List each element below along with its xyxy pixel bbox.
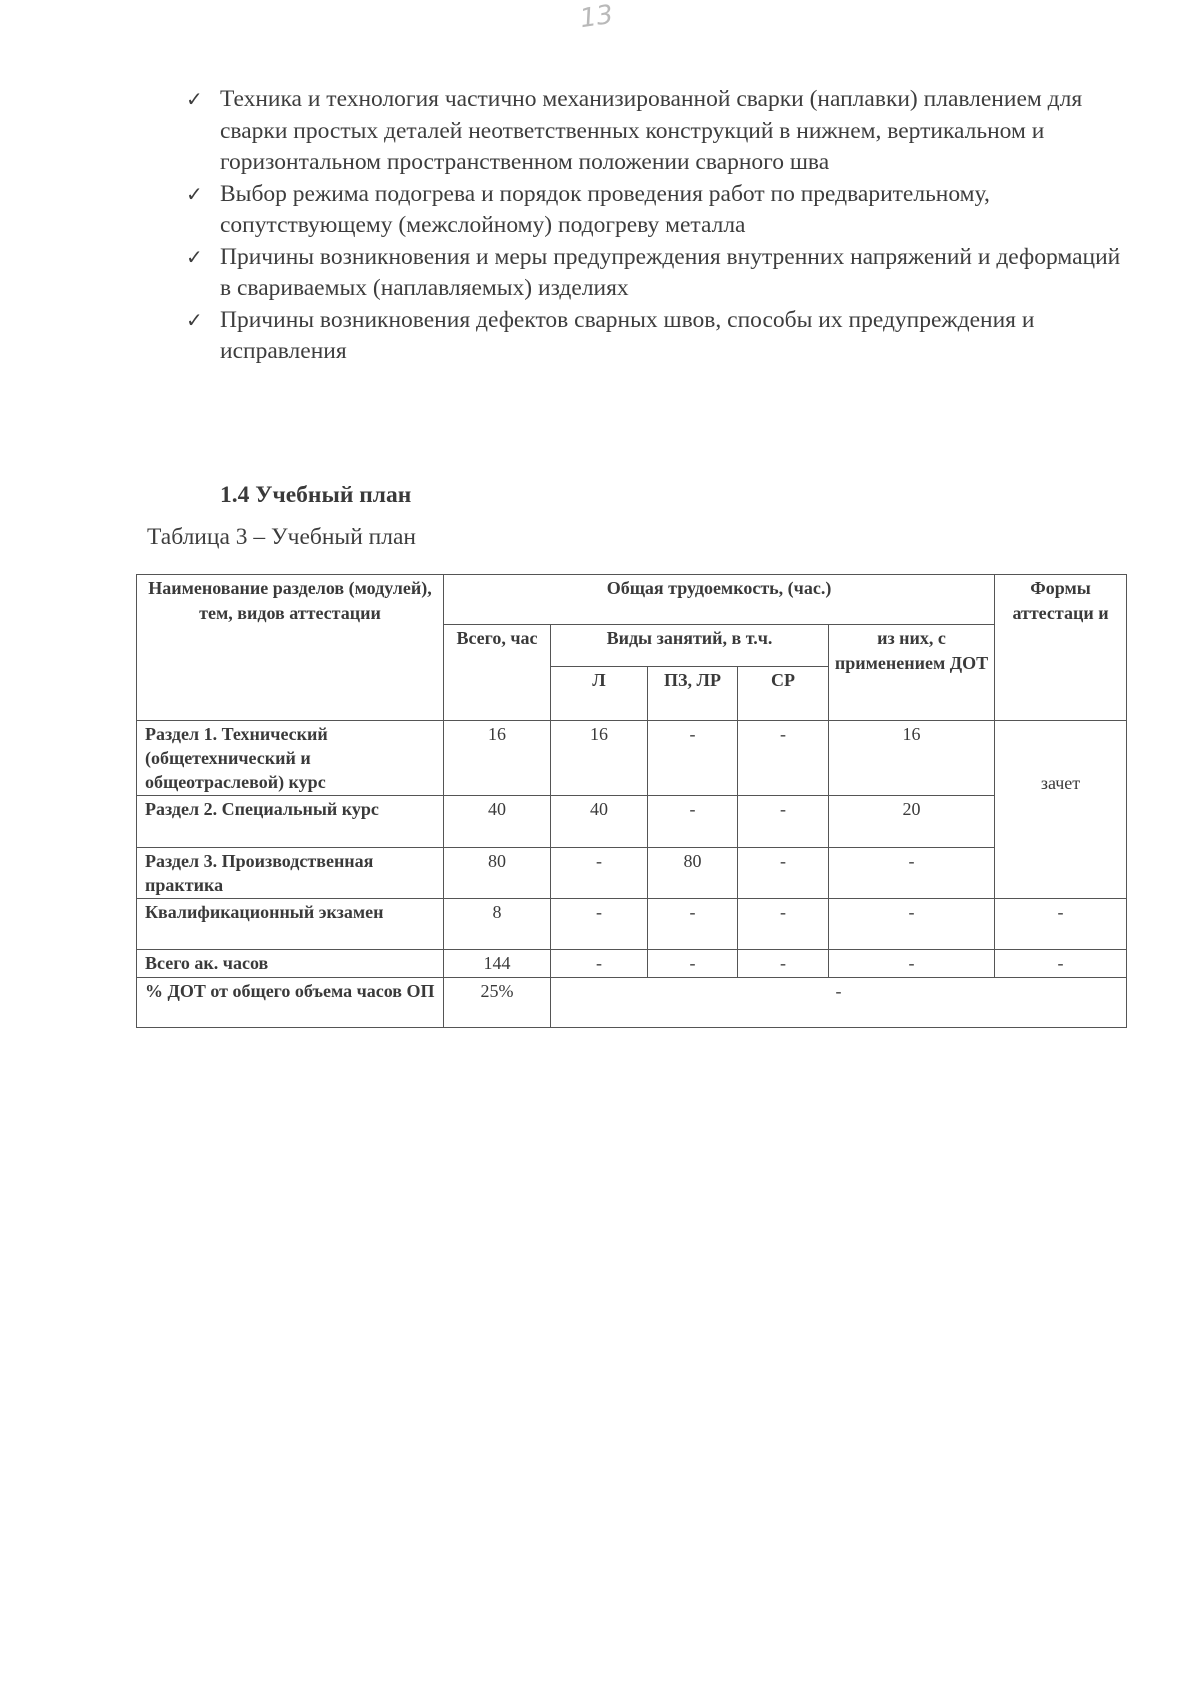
list-item-text: Выбор режима подогрева и порядок проведе… xyxy=(220,181,990,239)
cell-practice: - xyxy=(648,796,738,848)
cell-lectures: - xyxy=(551,950,648,978)
cell-total: 25% xyxy=(444,978,551,1028)
header-total-workload: Общая трудоемкость, (час.) xyxy=(444,575,995,625)
cell-self-work: - xyxy=(738,848,829,899)
header-lesson-types: Виды занятий, в т.ч. xyxy=(551,625,829,667)
table-row: Всего ак. часов 144 - - - - - xyxy=(137,950,1127,978)
list-item: ✓Причины возникновения дефектов сварных … xyxy=(186,305,1126,368)
cell-dot: - xyxy=(829,950,995,978)
cell-self-work: - xyxy=(738,899,829,950)
cell-attestation-merged: зачет xyxy=(995,721,1127,899)
cell-total: 16 xyxy=(444,721,551,796)
cell-attestation: - xyxy=(995,899,1127,950)
topic-list: ✓Техника и технология частично механизир… xyxy=(186,84,1126,368)
header-practice: ПЗ, ЛР xyxy=(648,667,738,721)
handwritten-page-number: 13 xyxy=(578,0,615,34)
cell-dot: 20 xyxy=(829,796,995,848)
cell-dot: 16 xyxy=(829,721,995,796)
table-row: Раздел 2. Специальный курс 40 40 - - 20 xyxy=(137,796,1127,848)
table-row: Раздел 3. Производственная практика 80 -… xyxy=(137,848,1127,899)
cell-lectures: - xyxy=(551,899,648,950)
cell-dot: - xyxy=(829,848,995,899)
list-item: ✓Выбор режима подогрева и порядок провед… xyxy=(186,179,1126,242)
cell-practice: - xyxy=(648,721,738,796)
table-row: % ДОТ от общего объема часов ОП 25% - xyxy=(137,978,1127,1028)
list-item: ✓Техника и технология частично механизир… xyxy=(186,84,1126,179)
row-name: Раздел 2. Специальный курс xyxy=(137,796,444,848)
row-name: Всего ак. часов xyxy=(137,950,444,978)
section-heading: 1.4 Учебный план xyxy=(220,482,411,509)
row-name: Раздел 1. Технический (общетехнический и… xyxy=(137,721,444,796)
cell-attestation: - xyxy=(995,950,1127,978)
list-item-text: Техника и технология частично механизиро… xyxy=(220,86,1082,175)
cell-practice: 80 xyxy=(648,848,738,899)
row-name: % ДОТ от общего объема часов ОП xyxy=(137,978,444,1028)
header-dot: из них, с применением ДОТ xyxy=(829,625,995,721)
cell-self-work: - xyxy=(738,721,829,796)
table-header-row: Наименование разделов (модулей), тем, ви… xyxy=(137,575,1127,625)
cell-total: 8 xyxy=(444,899,551,950)
cell-practice: - xyxy=(648,950,738,978)
checkmark-icon: ✓ xyxy=(186,84,203,116)
row-name: Раздел 3. Производственная практика xyxy=(137,848,444,899)
header-total-hours: Всего, час xyxy=(444,625,551,721)
cell-merged: - xyxy=(551,978,1127,1028)
list-item: ✓Причины возникновения и меры предупрежд… xyxy=(186,242,1126,305)
table-row: Раздел 1. Технический (общетехнический и… xyxy=(137,721,1127,796)
cell-dot: - xyxy=(829,899,995,950)
header-attestation: Формы аттестаци и xyxy=(995,575,1127,721)
table-caption: Таблица 3 – Учебный план xyxy=(147,524,416,551)
cell-self-work: - xyxy=(738,950,829,978)
checkmark-icon: ✓ xyxy=(186,305,203,337)
header-lectures: Л xyxy=(551,667,648,721)
header-name: Наименование разделов (модулей), тем, ви… xyxy=(137,575,444,721)
header-self-work: СР xyxy=(738,667,829,721)
cell-self-work: - xyxy=(738,796,829,848)
checkmark-icon: ✓ xyxy=(186,179,203,211)
cell-total: 40 xyxy=(444,796,551,848)
row-name: Квалификационный экзамен xyxy=(137,899,444,950)
checkmark-icon: ✓ xyxy=(186,242,203,274)
list-item-text: Причины возникновения и меры предупрежде… xyxy=(220,244,1120,302)
cell-total: 144 xyxy=(444,950,551,978)
curriculum-table: Наименование разделов (модулей), тем, ви… xyxy=(136,574,1127,1028)
cell-lectures: 40 xyxy=(551,796,648,848)
cell-lectures: - xyxy=(551,848,648,899)
table-row: Квалификационный экзамен 8 - - - - - xyxy=(137,899,1127,950)
cell-lectures: 16 xyxy=(551,721,648,796)
list-item-text: Причины возникновения дефектов сварных ш… xyxy=(220,307,1034,365)
cell-total: 80 xyxy=(444,848,551,899)
cell-practice: - xyxy=(648,899,738,950)
